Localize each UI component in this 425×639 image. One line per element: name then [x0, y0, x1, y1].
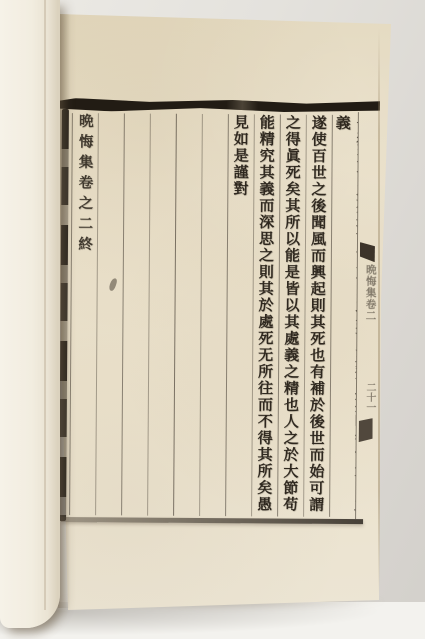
column-text	[187, 114, 190, 516]
frame-border-top	[60, 98, 380, 113]
curled-pages	[0, 0, 60, 628]
text-column-1: 也獨逢干之死增萬古直臣之氣而夷齊之死明宇宙君臣之義	[329, 115, 358, 517]
book-photo: 也獨逢干之死增萬古直臣之氣而夷齊之死明宇宙君臣之義 遂使百世之後聞風而興起則其死…	[0, 0, 425, 639]
fishtail-mark-upper-icon	[360, 242, 375, 262]
column-text: 之得眞死矣其所以能是皆以其處義之精也人之於大節苟	[280, 115, 304, 517]
volume-end-label: 晩悔集卷之二終	[72, 113, 96, 515]
frame-border-left	[59, 109, 69, 521]
column-text: 也獨逢干之死增萬古直臣之氣而夷齊之死明宇宙君臣之義	[330, 115, 358, 517]
column-text: 見如是謹對	[228, 114, 252, 516]
printed-text-frame: 也獨逢干之死增萬古直臣之氣而夷齊之死明宇宙君臣之義 遂使百世之後聞風而興起則其死…	[59, 98, 380, 527]
curled-page-edge	[44, 0, 46, 610]
text-column-5: 見如是謹對	[225, 114, 254, 516]
text-column-3: 之得眞死矣其所以能是皆以其處義之精也人之於大節苟	[277, 115, 306, 517]
column-text	[213, 114, 216, 516]
fishtail-mark-lower-icon	[359, 418, 373, 442]
page-fold-edge	[378, 28, 380, 594]
text-column-4: 能精究其義而深思之則其於處死无所往而不得其所矣愚	[251, 114, 280, 516]
empty-column	[199, 114, 228, 516]
column-text	[109, 113, 112, 515]
volume-end-column: 晩悔集卷之二終	[69, 113, 98, 515]
text-column-2: 遂使百世之後聞風而興起則其死也有補於後世而始可謂	[303, 115, 332, 517]
column-text: 遂使百世之後聞風而興起則其死也有補於後世而始可謂	[306, 115, 330, 517]
column-text	[135, 114, 138, 516]
empty-column	[95, 113, 124, 515]
frame-border-bottom	[61, 517, 363, 524]
column-text: 能精究其義而深思之則其於處死无所往而不得其所矣愚	[254, 114, 278, 516]
spine-fold-strip: 晩悔集卷二 二十一	[356, 100, 380, 527]
empty-column	[121, 113, 150, 515]
empty-column	[147, 114, 176, 516]
empty-column	[173, 114, 202, 516]
spine-title: 晩悔集卷二	[361, 264, 379, 376]
spine-page-number: 二十一	[362, 382, 377, 418]
column-text	[161, 114, 164, 516]
text-columns: 也獨逢干之死增萬古直臣之氣而夷齊之死明宇宙君臣之義 遂使百世之後聞風而興起則其死…	[69, 113, 358, 517]
